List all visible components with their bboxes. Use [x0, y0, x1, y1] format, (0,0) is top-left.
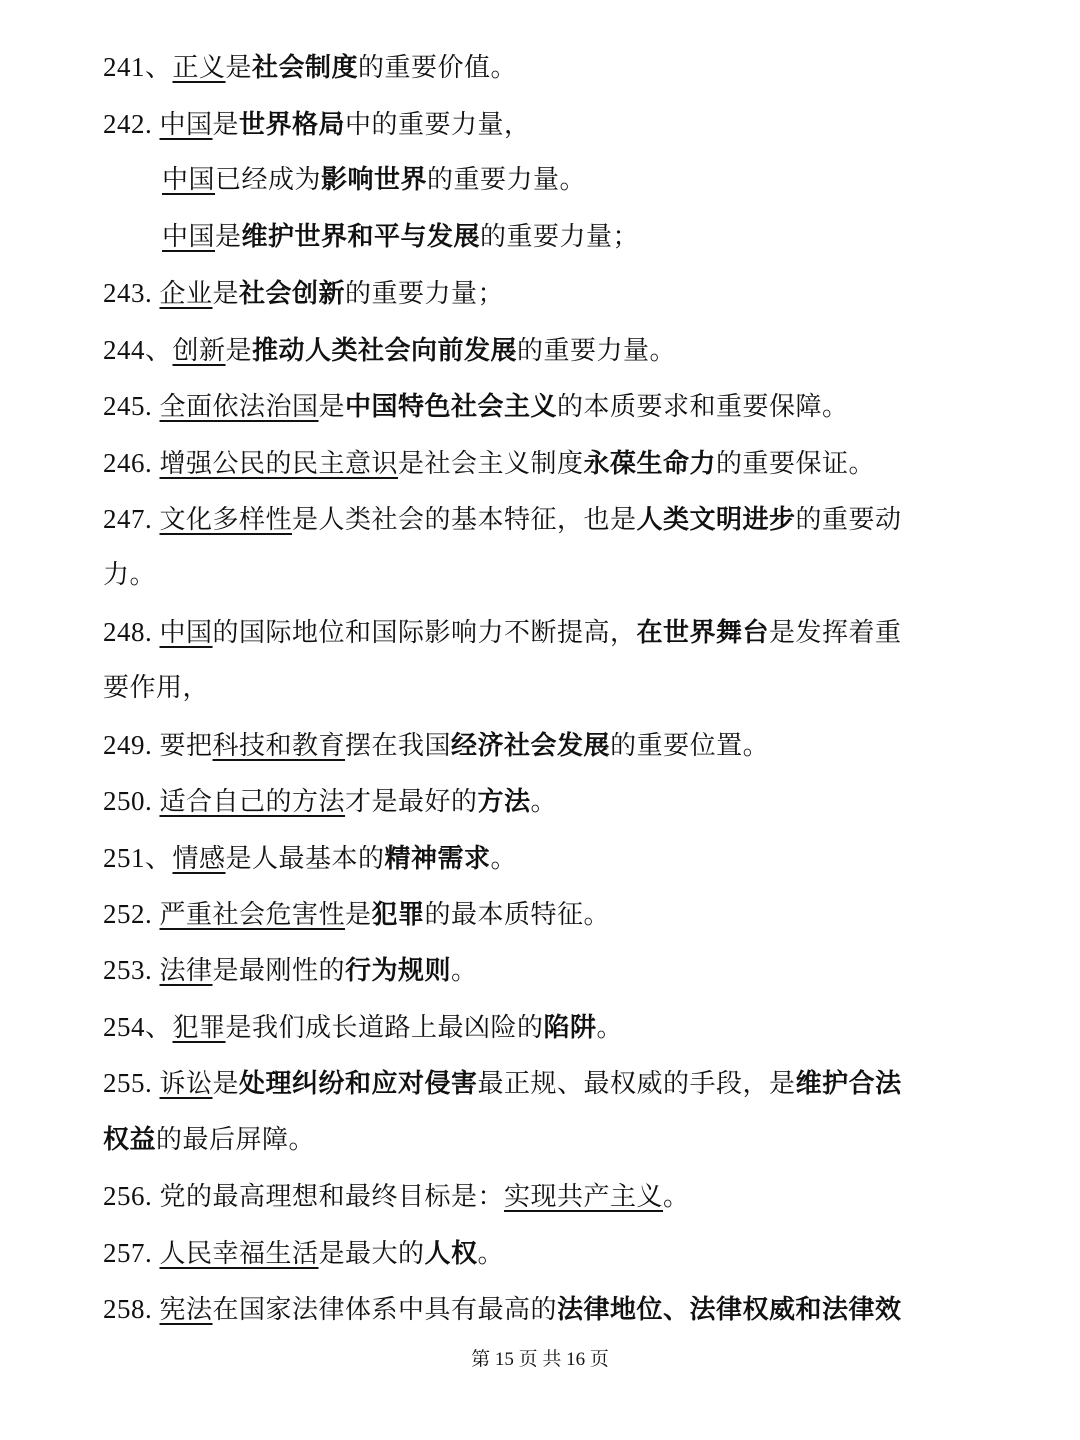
item-number: 250. [103, 786, 160, 816]
underlined-keyword: 犯罪 [173, 1013, 226, 1043]
text-segment: 党的最高理想和最终目标是： [160, 1182, 505, 1212]
underlined-keyword: 中国 [162, 222, 215, 252]
text-segment: 是 [226, 336, 253, 366]
text-segment: 最正规、最权威的手段，是 [478, 1069, 796, 1099]
item-number: 241、 [103, 52, 173, 82]
bold-keyword: 陷阱 [544, 1013, 597, 1043]
text-segment: 的最本质特征。 [425, 900, 611, 930]
underlined-keyword: 中国 [160, 618, 213, 648]
underlined-keyword: 适合自己的方法 [160, 787, 346, 817]
bold-keyword: 精神需求 [385, 844, 491, 874]
bold-keyword: 权益 [103, 1125, 156, 1155]
text-segment: 才是最好的 [345, 787, 478, 817]
document-line: 247. 文化多样性是人类社会的基本特征，也是人类文明进步的重要动 [103, 502, 902, 537]
text-segment: 的重要力量。 [427, 165, 586, 195]
item-number: 251、 [103, 843, 173, 873]
document-line: 249. 要把科技和教育摆在我国经济社会发展的重要位置。 [103, 728, 769, 763]
bold-keyword: 法律地位、法律权威和法律效 [557, 1295, 902, 1325]
underlined-keyword: 实现共产主义 [504, 1182, 663, 1212]
bold-keyword: 犯罪 [372, 900, 425, 930]
document-line: 254、犯罪是我们成长道路上最凶险的陷阱。 [103, 1010, 623, 1045]
item-number: 244、 [103, 335, 173, 365]
underlined-keyword: 科技和教育 [213, 731, 346, 761]
text-segment: 是社会主义制度 [398, 449, 584, 479]
item-number: 257. [103, 1238, 160, 1268]
document-line: 243. 企业是社会创新的重要力量； [103, 276, 504, 311]
document-line: 242. 中国是世界格局中的重要力量， [103, 107, 531, 142]
page-footer: 第 15 页 共 16 页 [0, 1344, 1080, 1371]
item-number: 254、 [103, 1012, 173, 1042]
document-line: 251、情感是人最基本的精神需求。 [103, 841, 517, 876]
text-segment: 是最刚性的 [213, 956, 346, 986]
text-segment: 的本质要求和重要保障。 [557, 392, 849, 422]
text-segment: 要作用， [103, 673, 209, 703]
text-segment: 力。 [103, 560, 156, 590]
text-segment: 。 [478, 1239, 505, 1269]
text-segment: 的重要保证。 [716, 449, 875, 479]
underlined-keyword: 情感 [173, 844, 226, 874]
text-segment: 是 [213, 279, 240, 309]
document-line: 252. 严重社会危害性是犯罪的最本质特征。 [103, 897, 610, 932]
bold-keyword: 方法 [478, 787, 531, 817]
text-segment: 是 [226, 53, 253, 83]
text-segment: 是最大的 [319, 1239, 425, 1269]
text-segment: 已经成为 [215, 165, 321, 195]
document-line: 中国是维护世界和平与发展的重要力量； [162, 220, 639, 254]
document-line: 246. 增强公民的民主意识是社会主义制度永葆生命力的重要保证。 [103, 446, 875, 481]
document-line: 258. 宪法在国家法律体系中具有最高的法律地位、法律权威和法律效 [103, 1292, 902, 1327]
underlined-keyword: 创新 [173, 336, 226, 366]
bold-keyword: 人权 [425, 1239, 478, 1269]
text-segment: 的最后屏障。 [156, 1125, 315, 1155]
text-segment: 是发挥着重 [769, 618, 902, 648]
underlined-keyword: 法律 [160, 956, 213, 986]
bold-keyword: 影响世界 [321, 165, 427, 195]
document-line: 244、创新是推动人类社会向前发展的重要力量。 [103, 333, 676, 368]
text-segment: 要把 [160, 731, 213, 761]
item-number: 243. [103, 278, 160, 308]
bold-keyword: 中国特色社会主义 [345, 392, 557, 422]
bold-keyword: 人类文明进步 [637, 505, 796, 535]
item-number: 258. [103, 1294, 160, 1324]
document-line: 力。 [103, 558, 156, 592]
text-segment: 是人最基本的 [226, 844, 385, 874]
text-segment: 是 [213, 1069, 240, 1099]
item-number: 245. [103, 391, 160, 421]
bold-keyword: 维护合法 [796, 1069, 902, 1099]
bold-keyword: 行为规则 [345, 956, 451, 986]
text-segment: 在国家法律体系中具有最高的 [213, 1295, 558, 1325]
text-segment: 是 [345, 900, 372, 930]
bold-keyword: 经济社会发展 [451, 731, 610, 761]
underlined-keyword: 中国 [160, 110, 213, 140]
document-page: 241、正义是社会制度的重要价值。242. 中国是世界格局中的重要力量，中国已经… [0, 0, 1080, 1440]
text-segment: 是我们成长道路上最凶险的 [226, 1013, 544, 1043]
text-segment: 是 [213, 110, 240, 140]
text-segment: 的重要位置。 [610, 731, 769, 761]
item-number: 253. [103, 955, 160, 985]
text-segment: 摆在我国 [345, 731, 451, 761]
item-number: 247. [103, 504, 160, 534]
document-line: 256. 党的最高理想和最终目标是：实现共产主义。 [103, 1179, 690, 1214]
text-segment: 。 [663, 1182, 690, 1212]
bold-keyword: 社会创新 [239, 279, 345, 309]
text-segment: 。 [597, 1013, 624, 1043]
underlined-keyword: 人民幸福生活 [160, 1239, 319, 1269]
text-segment: 。 [531, 787, 558, 817]
bold-keyword: 推动人类社会向前发展 [252, 336, 517, 366]
text-segment: 的重要价值。 [358, 53, 517, 83]
document-line: 248. 中国的国际地位和国际影响力不断提高，在世界舞台是发挥着重 [103, 615, 902, 650]
underlined-keyword: 企业 [160, 279, 213, 309]
text-segment: 。 [451, 956, 478, 986]
underlined-keyword: 正义 [173, 53, 226, 83]
text-segment: 是人类社会的基本特征，也是 [292, 505, 637, 535]
bold-keyword: 社会制度 [252, 53, 358, 83]
item-number: 248. [103, 617, 160, 647]
text-segment: 的重要力量。 [517, 336, 676, 366]
text-segment: 的国际地位和国际影响力不断提高， [213, 618, 637, 648]
bold-keyword: 永葆生命力 [584, 449, 717, 479]
document-line: 要作用， [103, 671, 209, 705]
text-segment: 。 [491, 844, 518, 874]
text-segment: 中的重要力量， [345, 110, 531, 140]
bold-keyword: 在世界舞台 [637, 618, 770, 648]
document-line: 241、正义是社会制度的重要价值。 [103, 50, 517, 85]
underlined-keyword: 诉讼 [160, 1069, 213, 1099]
item-number: 255. [103, 1068, 160, 1098]
document-line: 250. 适合自己的方法才是最好的方法。 [103, 784, 557, 819]
document-line: 255. 诉讼是处理纠纷和应对侵害最正规、最权威的手段，是维护合法 [103, 1066, 902, 1101]
underlined-keyword: 文化多样性 [160, 505, 293, 535]
bold-keyword: 世界格局 [239, 110, 345, 140]
item-number: 242. [103, 109, 160, 139]
document-line: 257. 人民幸福生活是最大的人权。 [103, 1236, 504, 1271]
text-segment: 是 [215, 222, 242, 252]
bold-keyword: 维护世界和平与发展 [242, 222, 481, 252]
underlined-keyword: 严重社会危害性 [160, 900, 346, 930]
document-line: 中国已经成为影响世界的重要力量。 [162, 163, 586, 197]
underlined-keyword: 全面依法治国 [160, 392, 319, 422]
text-segment: 是 [319, 392, 346, 422]
document-line: 245. 全面依法治国是中国特色社会主义的本质要求和重要保障。 [103, 389, 849, 424]
bold-keyword: 处理纠纷和应对侵害 [239, 1069, 478, 1099]
text-segment: 的重要动 [796, 505, 902, 535]
underlined-keyword: 宪法 [160, 1295, 213, 1325]
item-number: 252. [103, 899, 160, 929]
document-line: 253. 法律是最刚性的行为规则。 [103, 953, 478, 988]
item-number: 246. [103, 448, 160, 478]
item-number: 256. [103, 1181, 160, 1211]
document-line: 权益的最后屏障。 [103, 1123, 315, 1157]
text-segment: 的重要力量； [480, 222, 639, 252]
underlined-keyword: 中国 [162, 165, 215, 195]
item-number: 249. [103, 730, 160, 760]
underlined-keyword: 增强公民的民主意识 [160, 449, 399, 479]
text-segment: 的重要力量； [345, 279, 504, 309]
